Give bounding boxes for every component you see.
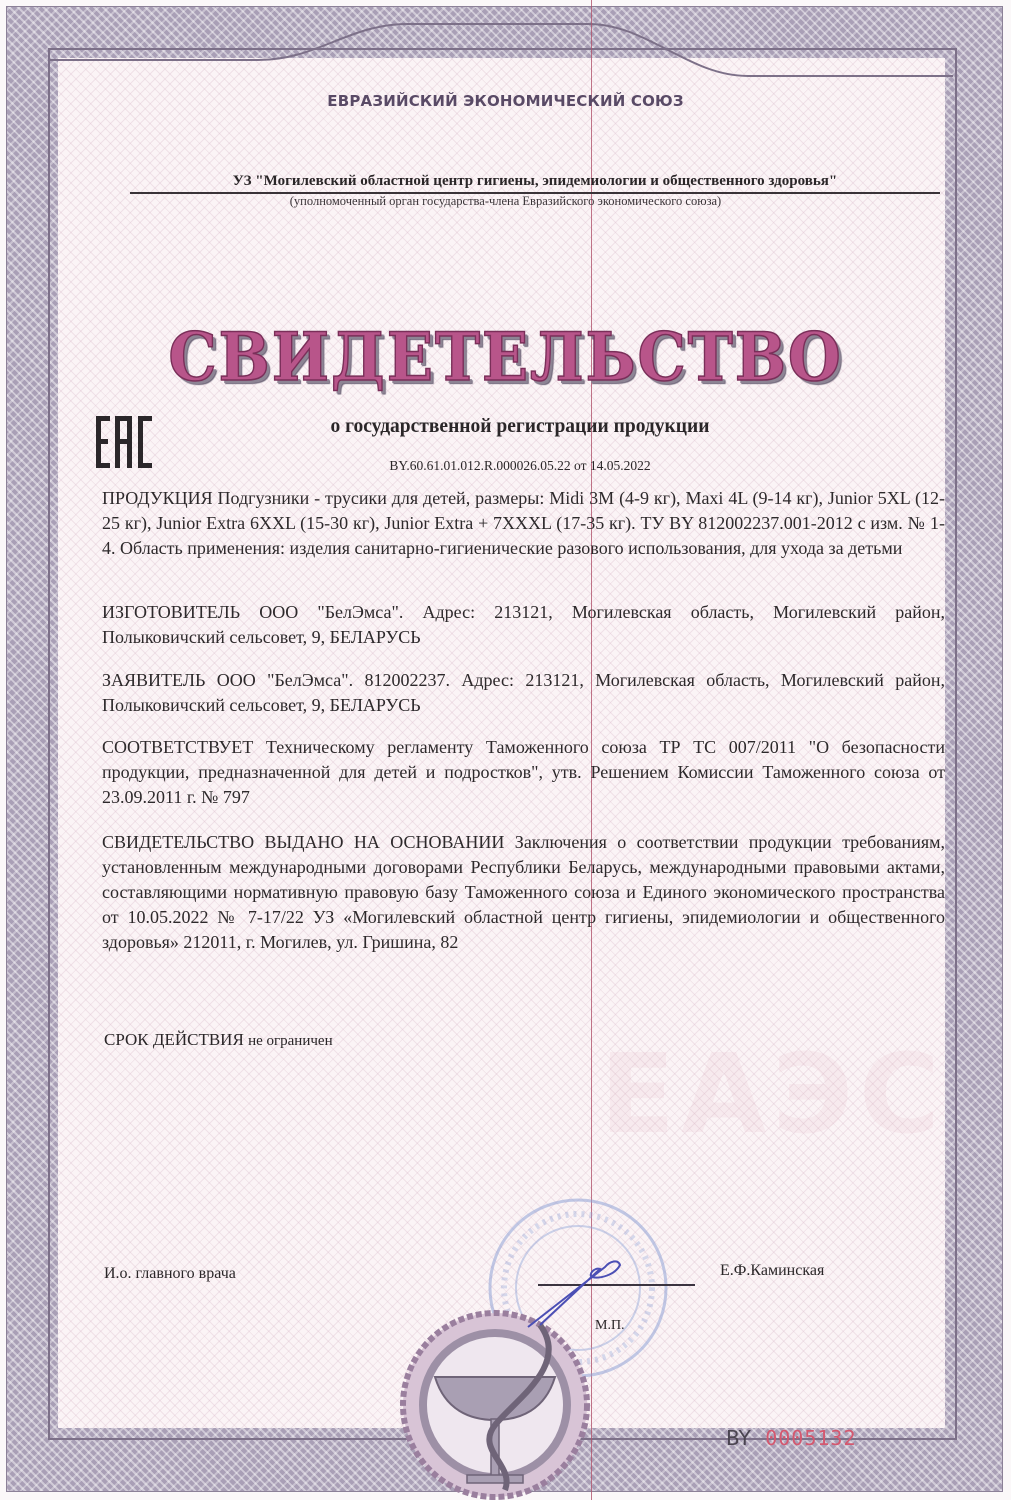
certificate-title: СВИДЕТЕЛЬСТВО xyxy=(40,318,970,396)
section-product: ПРОДУКЦИЯ Подгузники - трусики для детей… xyxy=(102,486,945,561)
compliance-label: СООТВЕТСТВУЕТ xyxy=(102,737,253,757)
serial-number-value: 0005132 xyxy=(765,1426,856,1450)
product-label: ПРОДУКЦИЯ xyxy=(102,488,213,508)
applicant-label: ЗАЯВИТЕЛЬ xyxy=(102,670,205,690)
signer-name: Е.Ф.Каминская xyxy=(720,1262,824,1280)
certificate-subtitle: о государственной регистрации продукции xyxy=(0,416,1011,438)
registration-number: BY.60.61.01.012.R.000026.05.22 от 14.05.… xyxy=(0,458,1011,474)
issuing-organization: УЗ "Могилевский областной центр гигиены,… xyxy=(130,173,940,194)
union-title: ЕВРАЗИЙСКИЙ ЭКОНОМИЧЕСКИЙ СОЮЗ xyxy=(0,92,1011,110)
section-compliance: СООТВЕТСТВУЕТ Техническому регламенту Та… xyxy=(102,735,945,810)
section-applicant: ЗАЯВИТЕЛЬ ООО "БелЭмса". 812002237. Адре… xyxy=(102,668,945,718)
section-manufacturer: ИЗГОТОВИТЕЛЬ ООО "БелЭмса". Адрес: 21312… xyxy=(102,600,945,650)
serial-number: BY 0005132 xyxy=(726,1426,857,1450)
serial-country-code: BY xyxy=(726,1426,751,1450)
organization-note: (уполномоченный орган государства-члена … xyxy=(0,194,1011,209)
section-basis: СВИДЕТЕЛЬСТВО ВЫДАНО НА ОСНОВАНИИ Заключ… xyxy=(102,830,945,955)
product-text: Подгузники - трусики для детей, размеры:… xyxy=(102,488,945,558)
applicant-text: ООО "БелЭмса". 812002237. Адрес: 213121,… xyxy=(102,670,945,715)
manufacturer-label: ИЗГОТОВИТЕЛЬ xyxy=(102,602,240,622)
validity-label: СРОК ДЕЙСТВИЯ xyxy=(104,1030,244,1049)
section-validity: СРОК ДЕЙСТВИЯ не ограничен xyxy=(104,1030,333,1050)
basis-label: СВИДЕТЕЛЬСТВО ВЫДАНО НА ОСНОВАНИИ xyxy=(102,832,504,852)
validity-value: не ограничен xyxy=(248,1033,333,1049)
seal-place-label: М.П. xyxy=(595,1318,625,1334)
signer-role: И.о. главного врача xyxy=(104,1265,236,1283)
